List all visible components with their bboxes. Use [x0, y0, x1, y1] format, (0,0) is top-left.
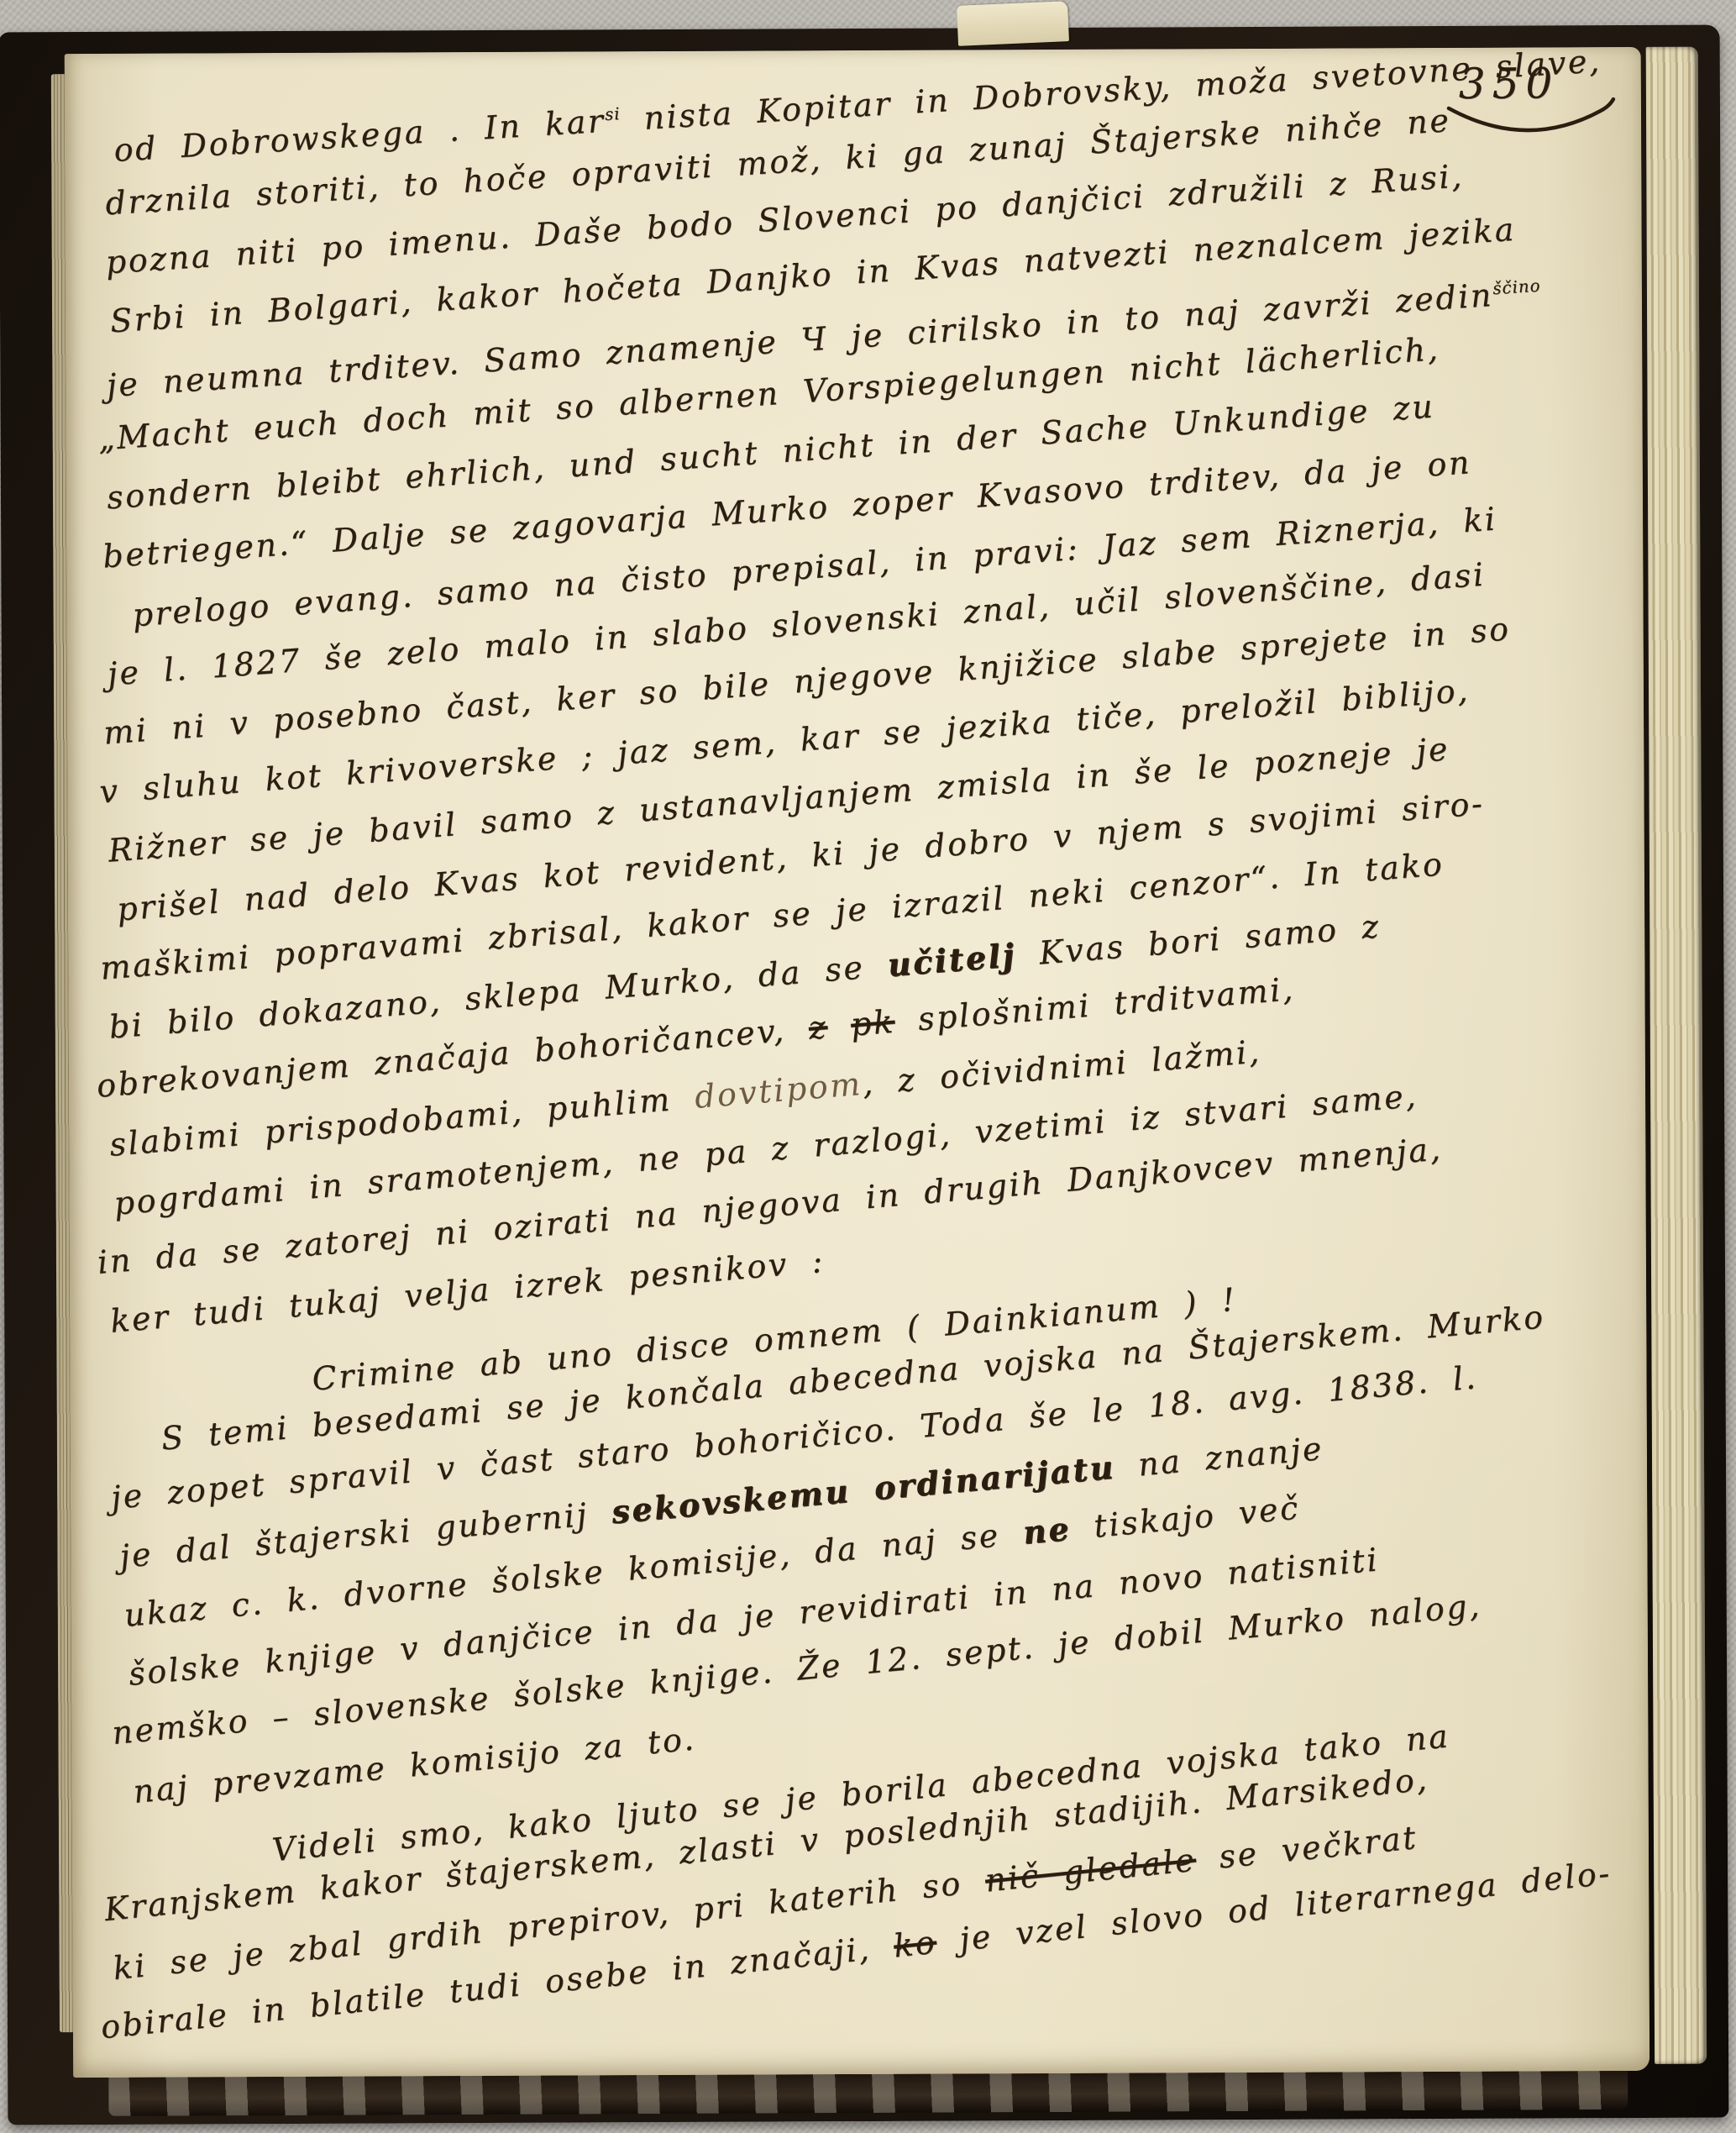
handwriting-lines: od Dobrowskega . In karsi nista Kopitar … [65, 108, 1649, 2055]
handwriting-segment: ko [892, 1923, 938, 1964]
handwriting-segment [826, 1006, 852, 1045]
manuscript-photo: { "page": { "number": "350", "ink_color"… [0, 0, 1736, 2133]
handwriting-segment: si [604, 104, 621, 124]
manuscript-page: 350 od Dobrowskega . In karsi nista Kopi… [65, 47, 1649, 2078]
page-stack-edge-right [1646, 47, 1707, 2064]
handwriting-segment: pk [849, 1003, 896, 1043]
handwriting-segment: dovtipom [693, 1065, 863, 1116]
protruding-page-corner [957, 1, 1069, 46]
handwriting-segment: ne [1021, 1509, 1073, 1551]
handwriting-segment: ščino [1492, 276, 1542, 298]
handwriting-segment: na znanje [1114, 1430, 1325, 1485]
handwriting-segment: učitelj [886, 936, 1017, 984]
handwriting-segment: tiskajo več [1069, 1489, 1302, 1547]
book-cover: 350 od Dobrowskega . In karsi nista Kopi… [0, 25, 1728, 2125]
